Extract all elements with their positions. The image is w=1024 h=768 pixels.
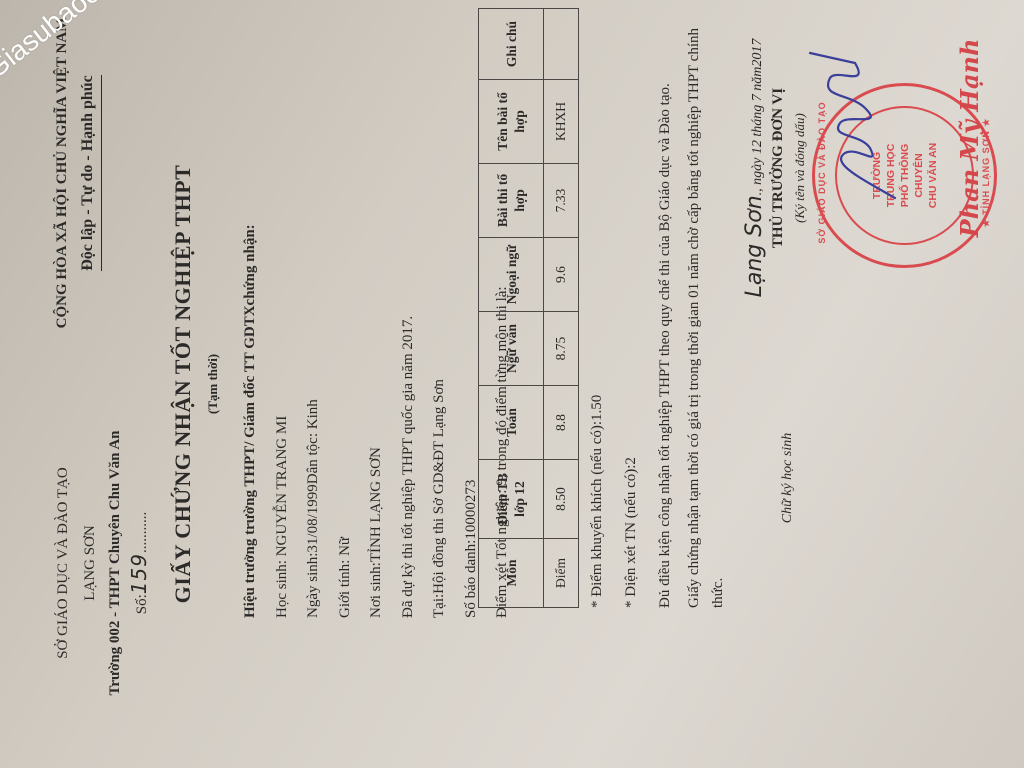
eligibility-statement: Đủ điều kiện công nhận tốt nghiệp THPT t…	[648, 8, 682, 608]
birthplace: Nơi sinh:TỈNH LẠNG SƠN	[361, 58, 393, 618]
score-table: Môn Điểm TB lớp 12 Toán Ngữ văn Ngoại ng…	[478, 8, 579, 608]
date-text: ., ngày 12 tháng 7 năm2017	[750, 39, 765, 196]
col-subject: Môn	[479, 539, 544, 608]
cell-notes	[544, 9, 579, 80]
col-foreign-language: Ngoại ngữ	[479, 238, 544, 312]
table-row: Điểm 8.50 8.8 8.75 9.6 7.33 KHXH	[544, 9, 579, 608]
cell-combined-exam: 7.33	[544, 164, 579, 238]
date-of-birth: Ngày sinh:31/08/1999Dân tộc: Kinh	[298, 58, 330, 618]
nation-name: CỘNG HÒA XÃ HỘI CHỦ NGHĨA VIỆT NAM	[50, 0, 75, 383]
col-literature: Ngữ văn	[479, 312, 544, 386]
signer-name: Phan Mỹ Hạnh	[955, 0, 984, 298]
bonus-points: * Điểm khuyến khích (nếu có):1.50	[580, 8, 614, 608]
national-motto: Độc lập - Tự do - Hạnh phúc	[75, 75, 102, 271]
department-name: SỞ GIÁO DỤC VÀ ĐÀO TẠO	[50, 398, 77, 728]
cell-label: Điểm	[544, 539, 579, 608]
handwritten-place: Lạng Sơn	[742, 195, 767, 297]
cell-math: 8.8	[544, 386, 579, 460]
school-name: Trường 002 - THPT Chuyên Chu Văn An	[104, 398, 126, 728]
handwritten-signature	[800, 48, 920, 208]
head-of-unit-title: THỦ TRƯỞNG ĐƠN VỊ	[770, 0, 787, 338]
addressee-line: Hiệu trưởng trường THPT/ Giám đốc TT GDT…	[235, 58, 267, 618]
student-signature-label: Chữ ký học sinh	[780, 378, 796, 578]
priority-category: * Diện xét TN (nếu có):2	[614, 8, 648, 608]
col-gpa12: Điểm TB lớp 12	[479, 460, 544, 539]
certificate-document: SỞ GIÁO DỤC VÀ ĐÀO TẠO LẠNG SƠN Trường 0…	[0, 0, 1024, 768]
col-combined-name: Tên bài tổ hợp	[479, 80, 544, 164]
header-left: SỞ GIÁO DỤC VÀ ĐÀO TẠO LẠNG SƠN Trường 0…	[50, 398, 156, 728]
student-info: Hiệu trưởng trường THPT/ Giám đốc TT GDT…	[235, 58, 519, 618]
notes-section: * Điểm khuyến khích (nếu có):1.50 * Diện…	[580, 8, 730, 608]
gender: Giới tính: Nữ	[330, 58, 362, 618]
province-name: LẠNG SƠN	[77, 398, 104, 728]
cell-combined-name: KHXH	[544, 80, 579, 164]
score-table-header: Môn Điểm TB lớp 12 Toán Ngữ văn Ngoại ng…	[479, 9, 544, 608]
document-subtitle: (Tạm thời)	[205, 0, 221, 768]
handwritten-number: 159	[127, 553, 151, 594]
col-combined-exam: Bài thi tổ hợp	[479, 164, 544, 238]
exam-council: Tại:Hội đồng thi Sở GD&ĐT Lạng Sơn	[424, 58, 456, 618]
cell-gpa12: 8.50	[544, 460, 579, 539]
col-notes: Ghi chú	[479, 9, 544, 80]
certificate-number: Số:159...........	[126, 398, 156, 728]
place-and-date: Lạng Sơn., ngày 12 tháng 7 năm2017	[742, 0, 767, 338]
col-math: Toán	[479, 386, 544, 460]
header-right: CỘNG HÒA XÃ HỘI CHỦ NGHĨA VIỆT NAM Độc l…	[50, 0, 102, 383]
validity-statement: Giấy chứng nhận tạm thời có giá trị tron…	[682, 8, 730, 608]
cell-literature: 8.75	[544, 312, 579, 386]
cell-foreign-language: 9.6	[544, 238, 579, 312]
exam-statement: Đã dự kỳ thi tốt nghiệp THPT quốc gia nă…	[393, 58, 425, 618]
student-name: Học sinh: NGUYỄN TRANG MI	[267, 58, 299, 618]
document-title: GIẤY CHỨNG NHẬN TỐT NGHIỆP THPT	[170, 0, 196, 768]
